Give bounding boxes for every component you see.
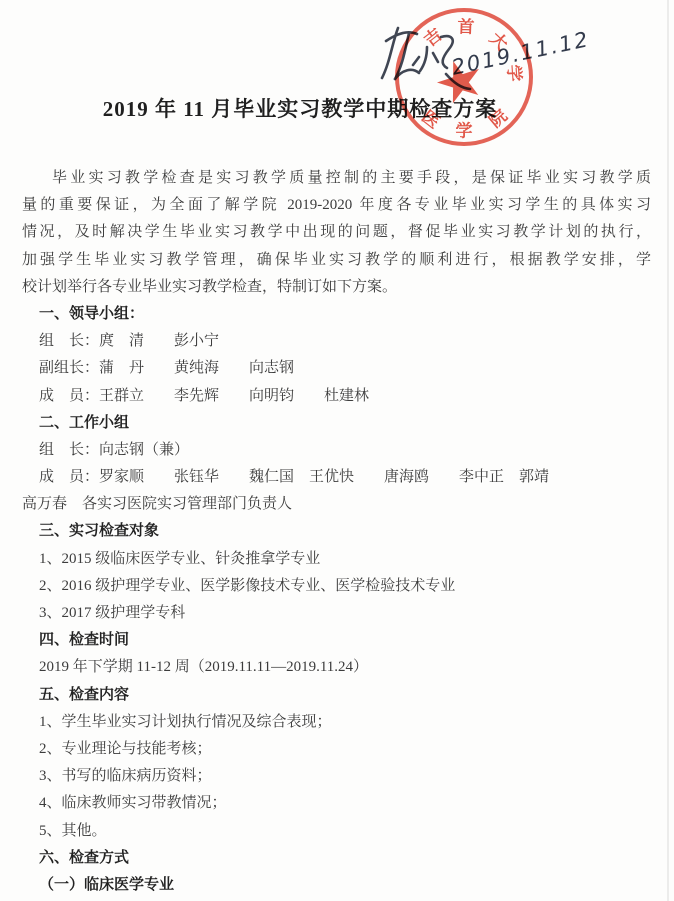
doc-line: 3、书写的临床病历资料； xyxy=(22,764,651,791)
doc-line: 副组长：蒲 丹 黄纯海 向志钢 xyxy=(22,356,651,383)
intro-line: 情况，及时解决学生毕业实习教学中出现的问题，督促毕业实习教学计划的执行， xyxy=(22,220,651,247)
section-heading: 三、实习检查对象 xyxy=(22,519,651,546)
section-heading: 六、检查方式 xyxy=(22,846,651,873)
doc-line: 成 员：王群立 李先辉 向明钧 杜建林 xyxy=(22,384,651,411)
doc-line: 组 长：庹 清 彭小宁 xyxy=(22,329,651,356)
doc-line: 1、学生毕业实习计划执行情况及综合表现； xyxy=(22,710,651,737)
section-heading: （一）临床医学专业 xyxy=(22,873,651,900)
doc-line: 2019 年下学期 11-12 周（2019.11.11—2019.11.24） xyxy=(22,655,651,682)
doc-line: 成 员：罗家顺 张钰华 魏仁国 王优快 唐海鸥 李中正 郭靖 xyxy=(22,465,651,492)
doc-line: 2、专业理论与技能考核； xyxy=(22,737,651,764)
document-lines: 一、领导小组：组 长：庹 清 彭小宁副组长：蒲 丹 黄纯海 向志钢成 员：王群立… xyxy=(22,302,651,900)
doc-line: 高万春 各实习医院实习管理部门负责人 xyxy=(22,492,651,519)
section-heading: 一、领导小组： xyxy=(22,302,651,329)
intro-line: 校计划举行各专业毕业实习教学检查，特制订如下方案。 xyxy=(22,275,651,302)
handwriting-layer: 2019.11.12 xyxy=(0,0,674,205)
section-heading: 四、检查时间 xyxy=(22,628,651,655)
section-heading: 二、工作小组 xyxy=(22,411,651,438)
doc-line: 4、临床教师实习带教情况； xyxy=(22,791,651,818)
doc-line: 组 长：向志钢（兼） xyxy=(22,438,651,465)
section-heading: 五、检查内容 xyxy=(22,683,651,710)
document-body: 毕业实习教学检查是实习教学质量控制的主要手段，是保证毕业实习教学质量的重要保证，… xyxy=(22,166,651,900)
intro-line: 加强学生毕业实习教学管理，确保毕业实习教学的顺利进行，根据教学安排，学 xyxy=(22,248,651,275)
doc-line: 3、2017 级护理学专科 xyxy=(22,601,651,628)
doc-line: 2、2016 级护理学专业、医学影像技术专业、医学检验技术专业 xyxy=(22,574,651,601)
doc-line: 5、其他。 xyxy=(22,819,651,846)
doc-line: 1、2015 级临床医学专业、针灸推拿学专业 xyxy=(22,547,651,574)
